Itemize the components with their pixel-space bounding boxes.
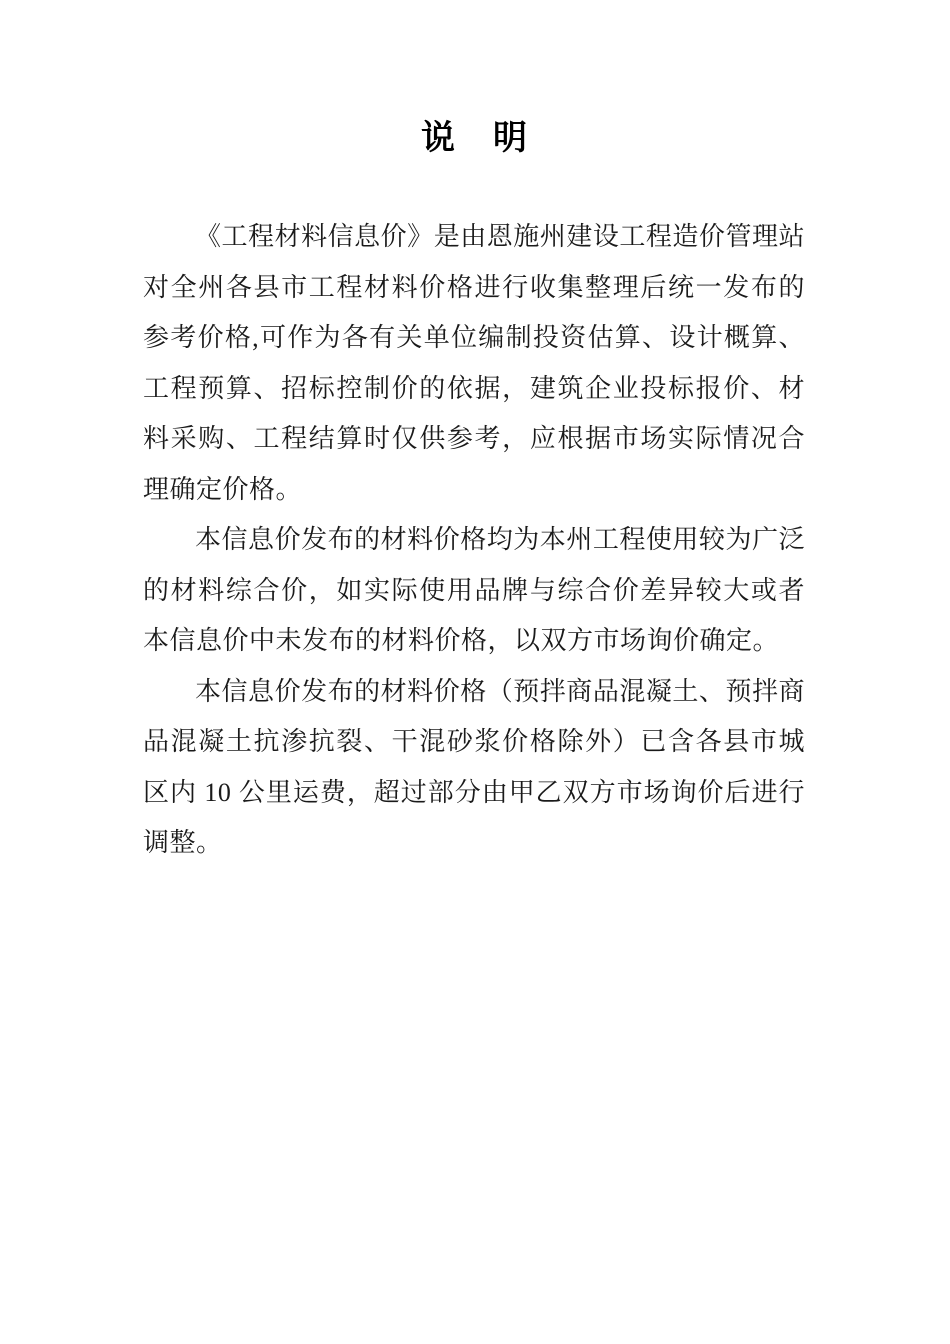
paragraph-1: 《工程材料信息价》是由恩施州建设工程造价管理站对全州各县市工程材料价格进行收集整… — [143, 212, 805, 515]
page-title: 说 明 — [0, 116, 950, 160]
document-body: 《工程材料信息价》是由恩施州建设工程造价管理站对全州各县市工程材料价格进行收集整… — [0, 212, 950, 869]
document-page: 说 明 《工程材料信息价》是由恩施州建设工程造价管理站对全州各县市工程材料价格进… — [0, 0, 950, 1344]
paragraph-3: 本信息价发布的材料价格（预拌商品混凝土、预拌商品混凝土抗渗抗裂、干混砂浆价格除外… — [143, 667, 805, 869]
paragraph-2: 本信息价发布的材料价格均为本州工程使用较为广泛的材料综合价，如实际使用品牌与综合… — [143, 515, 805, 667]
